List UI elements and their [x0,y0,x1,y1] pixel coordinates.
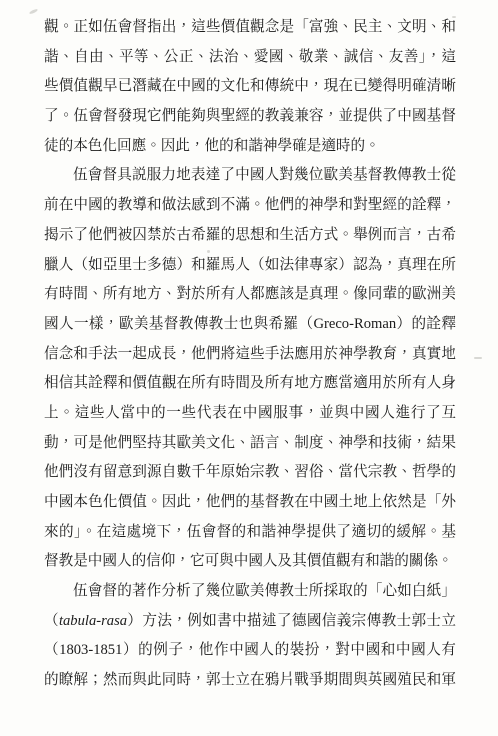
text-line: 的瞭解；然而與此同時，郭士立在鴉片戰爭期間與英國殖民和軍 [44,666,456,696]
text-line: 上。這些人當中的一些代表在中國服事，並與中國人進行了互 [44,399,456,429]
text-line: 伍會督的著作分析了幾位歐美傳教士所採取的「心如白紙」 [44,577,456,607]
text-line: 諧、自由、平等、公正、法治、愛國、敬業、誠信、友善」，這 [44,43,456,73]
text-line: 中國本色化價值。因此，他們的基督教在中國土地上依然是「外 [44,488,456,518]
text-line: 督教是中國人的信仰，它可與中國人及其價值觀有和諧的關係。 [44,547,456,577]
text-line: 了。伍會督發現它們能夠與聖經的教義兼容，並提供了中國基督 [44,102,456,132]
text-line: 有時間、所有地方、對於所有人都應該是真理。像同輩的歐洲美 [44,280,456,310]
page-text: 觀。正如伍會督指出，這些價值觀念是「富強、民主、文明、和諧、自由、平等、公正、法… [44,13,456,696]
scan-artifact [29,8,38,15]
text-line: 國人一樣，歐美基督教傳教士也與希羅（Greco-Roman）的詮釋 [44,310,456,340]
text-line: 些價值觀早已潛藏在中國的文化和傳統中，現在已變得明確清晰 [44,72,456,102]
paragraph: 伍會督的著作分析了幾位歐美傳教士所採取的「心如白紙」（tabula-rasa）方… [44,577,456,696]
text-line: 信念和手法一起成長，他們將這些手法應用於神學教育，真實地 [44,340,456,370]
text-line: （1803-1851）的例子，他作中國人的裝扮，對中國和中國人有深入 [44,636,456,666]
paragraph: 觀。正如伍會督指出，這些價值觀念是「富強、民主、文明、和諧、自由、平等、公正、法… [44,13,456,161]
text-line: 前在中國的教導和做法感到不滿。他們的神學和對聖經的詮釋， [44,191,456,221]
text-line: 相信其詮釋和價值觀在所有時間及所有地方應當適用於所有人身 [44,369,456,399]
text-line: 伍會督具説服力地表達了中國人對幾位歐美基督教傳教士從 [44,161,456,191]
scan-artifact [474,357,482,359]
text-line: （tabula-rasa）方法，例如書中描述了德國信義宗傳教士郭士立 [44,607,456,637]
italic-term: tabula-rasa [59,613,127,629]
book-page: 觀。正如伍會督指出，這些價值觀念是「富強、民主、文明、和諧、自由、平等、公正、法… [0,0,498,736]
text-line: 徒的本色化回應。因此，他的和諧神學確是適時的。 [44,132,456,162]
text-line: 來的」。在這處境下，伍會督的和諧神學提供了適切的緩解。基 [44,518,456,548]
text-line: 動，可是他們堅持其歐美文化、語言、制度、神學和技術，結果 [44,429,456,459]
text-line: 臘人（如亞里士多德）和羅馬人（如法律專家）認為，真理在所 [44,251,456,281]
text-line: 觀。正如伍會督指出，這些價值觀念是「富強、民主、文明、和 [44,13,456,43]
text-line: 揭示了他們被囚禁於古希羅的思想和生活方式。舉例而言，古希 [44,221,456,251]
paragraph: 伍會督具説服力地表達了中國人對幾位歐美基督教傳教士從前在中國的教導和做法感到不滿… [44,161,456,577]
text-line: 他們沒有留意到源自數千年原始宗教、習俗、當代宗教、哲學的 [44,458,456,488]
